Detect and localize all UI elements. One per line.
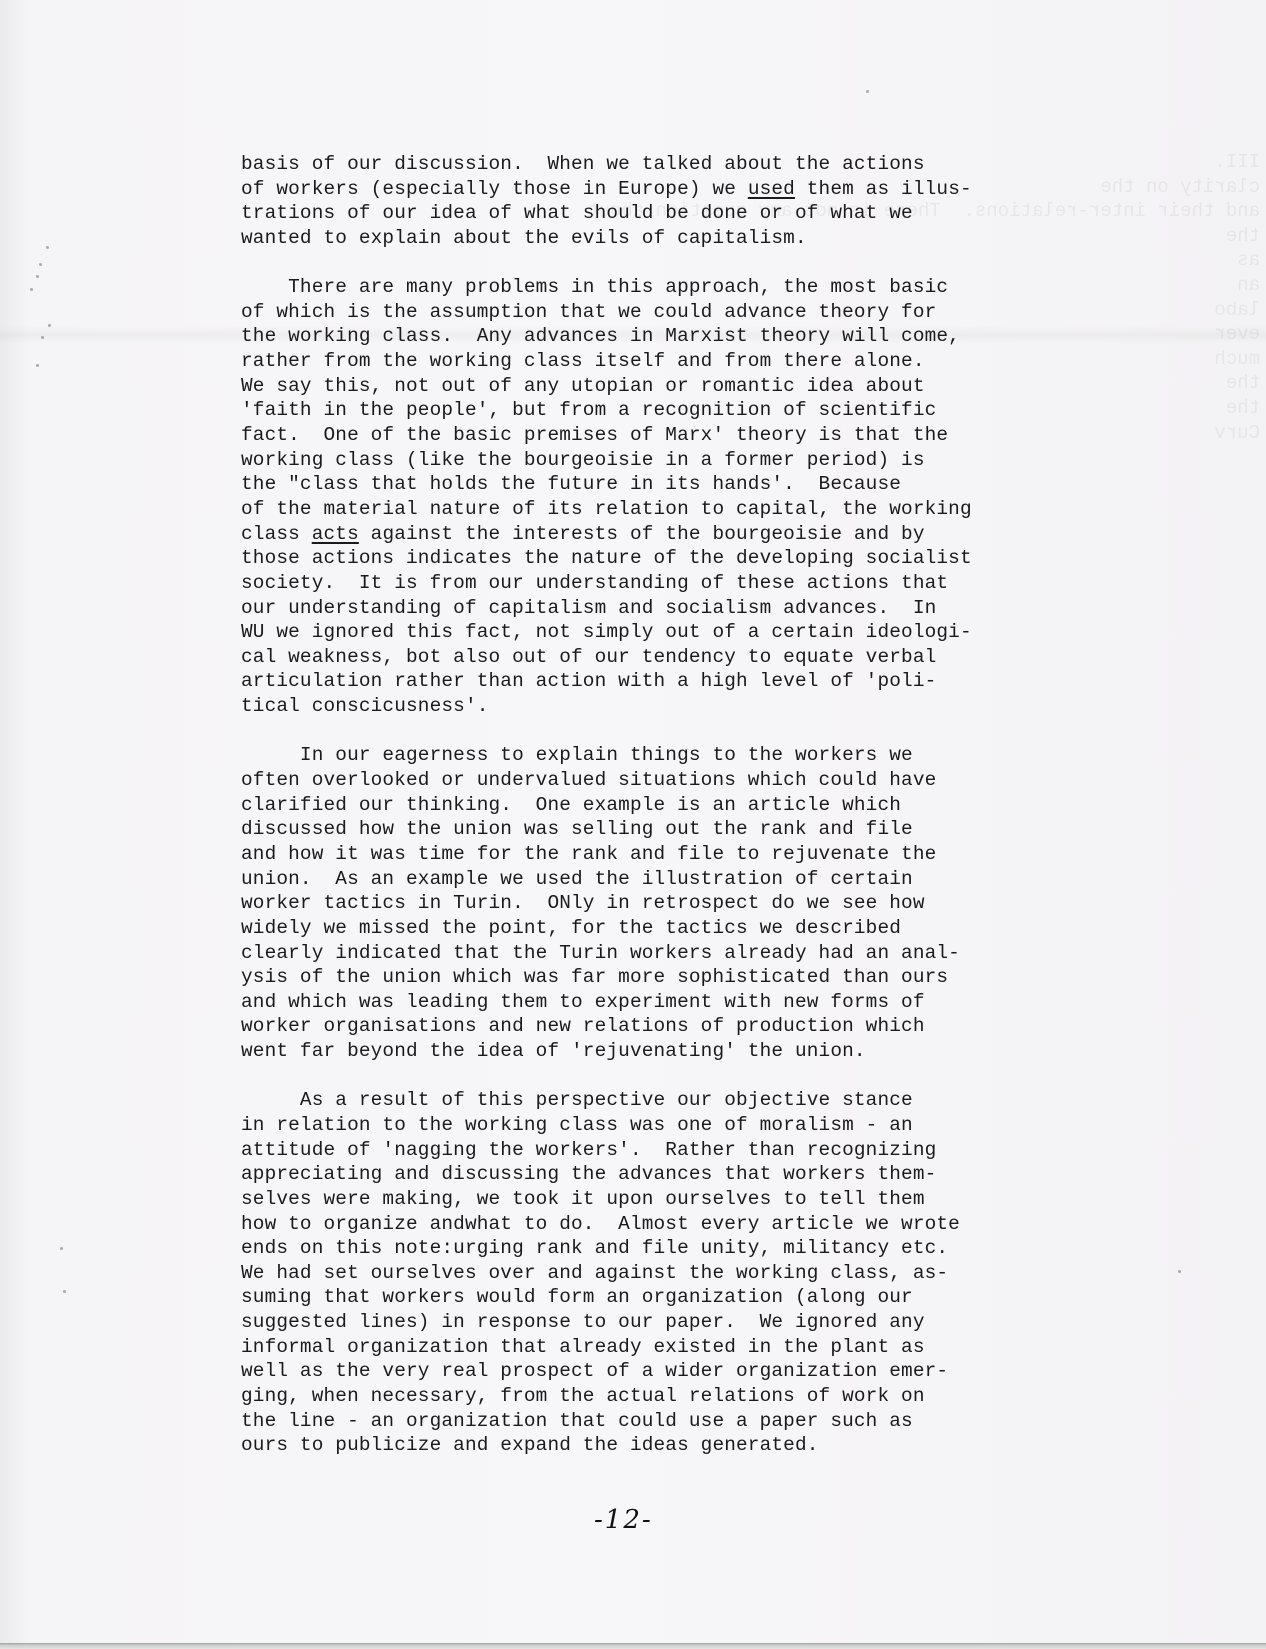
text-line: the working class. Any advances in Marxi… xyxy=(241,324,1061,349)
text-line: our understanding of capitalism and soci… xyxy=(241,596,1061,621)
text-line: informal organization that already exist… xyxy=(241,1335,1061,1360)
text-line: In our eagerness to explain things to th… xyxy=(241,743,1061,768)
text-line: rather from the working class itself and… xyxy=(241,349,1061,374)
text-line: worker organisations and new relations o… xyxy=(241,1014,1061,1039)
text-line: ging, when necessary, from the actual re… xyxy=(241,1384,1061,1409)
text-line: 'faith in the people', but from a recogn… xyxy=(241,398,1061,423)
paragraph-gap xyxy=(241,251,1061,276)
text-line: the line - an organization that could us… xyxy=(241,1409,1061,1434)
text-line: how to organize andwhat to do. Almost ev… xyxy=(241,1212,1061,1237)
text-line: selves were making, we took it upon ours… xyxy=(241,1187,1061,1212)
text-line: There are many problems in this approach… xyxy=(241,275,1061,300)
text-line: widely we missed the point, for the tact… xyxy=(241,916,1061,941)
text-line: suggested lines) in response to our pape… xyxy=(241,1310,1061,1335)
text-line: society. It is from our understanding of… xyxy=(241,571,1061,596)
paragraph: As a result of this perspective our obje… xyxy=(241,1088,1061,1458)
text-line: ours to publicize and expand the ideas g… xyxy=(241,1433,1061,1458)
underlined-word: acts xyxy=(312,523,359,545)
paragraph-gap xyxy=(241,719,1061,744)
text-line: attitude of 'nagging the workers'. Rathe… xyxy=(241,1138,1061,1163)
text-line: those actions indicates the nature of th… xyxy=(241,546,1061,571)
text-line: appreciating and discussing the advances… xyxy=(241,1162,1061,1187)
paragraph: There are many problems in this approach… xyxy=(241,275,1061,719)
page-number: -12- xyxy=(594,1505,653,1535)
text-line: union. As an example we used the illustr… xyxy=(241,867,1061,892)
text-line: the "class that holds the future in its … xyxy=(241,472,1061,497)
text-line: fact. One of the basic premises of Marx'… xyxy=(241,423,1061,448)
document-page: III. clarity on the and their inter-rela… xyxy=(0,0,1266,1643)
text-line: We had set ourselves over and against th… xyxy=(241,1261,1061,1286)
text-line: of workers (especially those in Europe) … xyxy=(241,177,1061,202)
text-line: We say this, not out of any utopian or r… xyxy=(241,374,1061,399)
body-text: basis of our discussion. When we talked … xyxy=(241,152,1061,1458)
text-line: articulation rather than action with a h… xyxy=(241,669,1061,694)
paragraph: In our eagerness to explain things to th… xyxy=(241,743,1061,1063)
text-line: of which is the assumption that we could… xyxy=(241,300,1061,325)
text-line: cal weakness, bot also out of our tenden… xyxy=(241,645,1061,670)
text-line: ysis of the union which was far more sop… xyxy=(241,965,1061,990)
paragraph: basis of our discussion. When we talked … xyxy=(241,152,1061,251)
text-line: class acts against the interests of the … xyxy=(241,522,1061,547)
underlined-word: used xyxy=(748,178,795,200)
text-line: clarified our thinking. One example is a… xyxy=(241,793,1061,818)
text-line: well as the very real prospect of a wide… xyxy=(241,1359,1061,1384)
paper-bottom-edge xyxy=(0,1643,1266,1649)
text-line: working class (like the bourgeoisie in a… xyxy=(241,448,1061,473)
text-line: often overlooked or undervalued situatio… xyxy=(241,768,1061,793)
text-line: basis of our discussion. When we talked … xyxy=(241,152,1061,177)
text-line: tical conscicusness'. xyxy=(241,694,1061,719)
text-line: and how it was time for the rank and fil… xyxy=(241,842,1061,867)
paragraph-gap xyxy=(241,1064,1061,1089)
text-line: trations of our idea of what should be d… xyxy=(241,201,1061,226)
text-line: As a result of this perspective our obje… xyxy=(241,1088,1061,1113)
text-line: discussed how the union was selling out … xyxy=(241,817,1061,842)
text-line: went far beyond the idea of 'rejuvenatin… xyxy=(241,1039,1061,1064)
text-line: in relation to the working class was one… xyxy=(241,1113,1061,1138)
text-line: of the material nature of its relation t… xyxy=(241,497,1061,522)
text-line: clearly indicated that the Turin workers… xyxy=(241,941,1061,966)
text-line: worker tactics in Turin. ONly in retrosp… xyxy=(241,891,1061,916)
text-line: and which was leading them to experiment… xyxy=(241,990,1061,1015)
text-line: wanted to explain about the evils of cap… xyxy=(241,226,1061,251)
text-line: suming that workers would form an organi… xyxy=(241,1285,1061,1310)
text-line: ends on this note:urging rank and file u… xyxy=(241,1236,1061,1261)
text-line: WU we ignored this fact, not simply out … xyxy=(241,620,1061,645)
